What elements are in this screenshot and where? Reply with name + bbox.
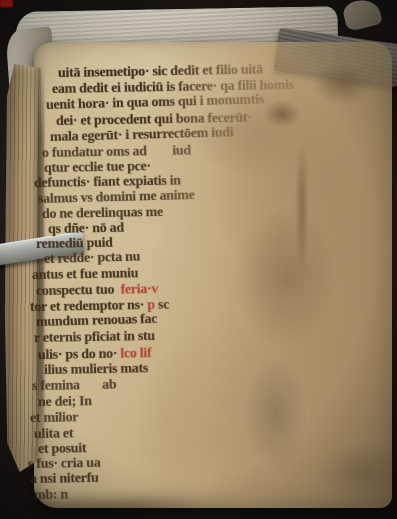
ink-text: s fus· cria ua <box>28 456 101 472</box>
rubric-red-text: lco lif <box>120 346 151 362</box>
ink-text: et posuit <box>38 441 87 457</box>
ink-text: antus et fue muniu <box>32 266 138 283</box>
ink-text: do ne derelinquas me <box>42 205 163 222</box>
ink-text: mundum renouas fac <box>36 312 157 330</box>
ink-text: s femina ab <box>32 378 117 394</box>
manuscript-text-line: r eternis pficiat in stu <box>34 329 155 347</box>
textblock: uitā insemetipo· sic dedit et filio uitā… <box>0 0 397 519</box>
ink-text: ilius mulieris mats <box>44 361 148 378</box>
corner-red-mark <box>0 0 13 7</box>
ink-text: a nsi niterfu <box>30 471 99 487</box>
manuscript-text-line: ne dei; In <box>38 394 92 411</box>
ink-text: qs dñe· nō ad <box>48 221 124 237</box>
ink-text: ne dei; In <box>38 394 92 410</box>
manuscript-text-line: s femina ab <box>32 378 117 395</box>
manuscript-text-line: antus et fue muniu <box>32 266 138 284</box>
ink-text: mb: n <box>34 487 68 503</box>
ink-text: ulita et <box>34 426 73 442</box>
ink-text: conspectu tuo <box>36 283 121 299</box>
ink-text: r eternis pficiat in stu <box>34 329 155 346</box>
ink-text: ulis· ps do no· <box>38 347 121 363</box>
ink-text: o fundatur oms ad iud <box>42 143 191 161</box>
manuscript-text-line: a nsi niterfu <box>30 471 99 488</box>
manuscript-text-line: et redde· pcta nu <box>44 249 141 268</box>
ink-text: et redde· pcta nu <box>44 249 141 267</box>
ink-text: sc <box>155 298 170 313</box>
rubric-red-text: feria·v <box>120 282 158 298</box>
manuscript-text-line: mala egerūt· i resurrectōem iudi <box>50 125 234 146</box>
manuscript-text-line: et milior <box>30 410 79 427</box>
manuscript-text-line: mundum renouas fac <box>36 312 158 331</box>
ink-text: salmus vs domini me anime <box>38 188 195 207</box>
ink-text: et milior <box>30 410 78 426</box>
manuscript-text-line: ilius mulieris mats <box>44 361 148 379</box>
manuscript-text-line: mb: n <box>34 487 68 504</box>
manuscript-photo: uitā insemetipo· sic dedit et filio uitā… <box>0 0 397 519</box>
